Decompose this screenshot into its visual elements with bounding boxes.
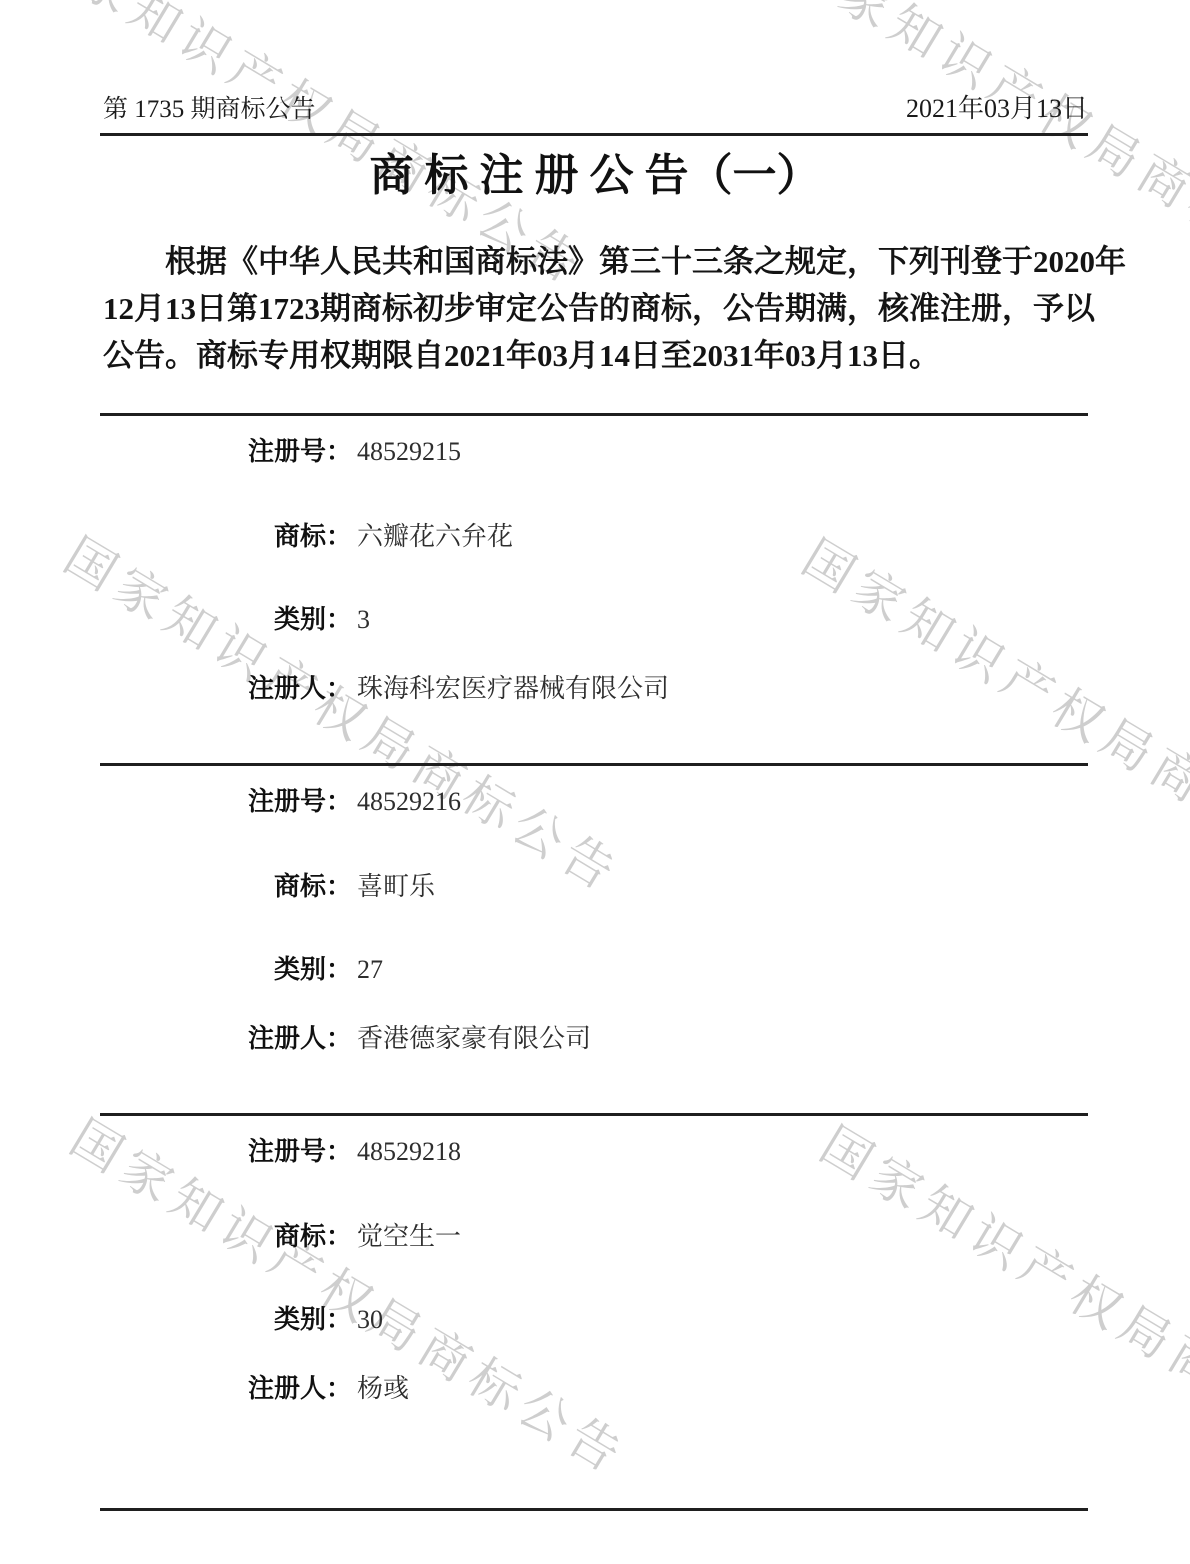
trademark-record: 注册号： 48529218 商标： 觉空生一 类别： 30 注册人： 杨彧 [0, 1113, 1190, 1423]
record-divider [100, 763, 1088, 766]
bottom-rule [100, 1508, 1088, 1511]
intro-line: 公告。商标专用权期限自2021年03月14日至2031年03月13日。 [103, 332, 1091, 379]
intro-line: 根据《中华人民共和国商标法》第三十三条之规定，下列刊登于2020年 [103, 238, 1091, 285]
trademark-label: 商标： [100, 870, 352, 904]
reg-no-label: 注册号： [100, 785, 352, 819]
trademark-label: 商标： [100, 1220, 352, 1254]
category-label: 类别： [100, 953, 352, 987]
category-label: 类别： [100, 603, 352, 637]
document-content: 第 1735 期商标公告 2021年03月13日 商 标 注 册 公 告（一） … [0, 0, 1190, 1564]
reg-no-value: 48529215 [357, 435, 461, 469]
header-rule [100, 133, 1088, 136]
trademark-record: 注册号： 48529216 商标： 喜町乐 类别： 27 注册人： 香港德家豪有… [0, 763, 1190, 1073]
trademark-record: 注册号： 48529215 商标： 六瓣花六弁花 类别： 3 注册人： 珠海科宏… [0, 413, 1190, 723]
registrant-value: 香港德家豪有限公司 [357, 1022, 591, 1056]
record-divider [100, 413, 1088, 416]
issue-date: 2021年03月13日 [906, 92, 1088, 126]
reg-no-value: 48529216 [357, 785, 461, 819]
reg-no-label: 注册号： [100, 435, 352, 469]
trademark-value: 觉空生一 [357, 1220, 461, 1254]
intro-paragraph: 根据《中华人民共和国商标法》第三十三条之规定，下列刊登于2020年 12月13日… [103, 238, 1091, 379]
reg-no-value: 48529218 [357, 1135, 461, 1169]
registrant-label: 注册人： [100, 1372, 352, 1406]
intro-line: 12月13日第1723期商标初步审定公告的商标，公告期满，核准注册，予以 [103, 285, 1091, 332]
category-value: 27 [357, 953, 383, 987]
registrant-value: 杨彧 [357, 1372, 409, 1406]
reg-no-label: 注册号： [100, 1135, 352, 1169]
category-value: 3 [357, 603, 370, 637]
issue-number: 第 1735 期商标公告 [103, 94, 316, 126]
page-title: 商 标 注 册 公 告（一） [0, 148, 1190, 204]
trademark-label: 商标： [100, 520, 352, 554]
registrant-label: 注册人： [100, 1022, 352, 1056]
gazette-page: 国家知识产权局商标公告 国家知识产权局商标公告 国家知识产权局商标公告 国家知识… [0, 0, 1190, 1564]
registrant-label: 注册人： [100, 672, 352, 706]
record-divider [100, 1113, 1088, 1116]
category-value: 30 [357, 1303, 383, 1337]
trademark-value: 喜町乐 [357, 870, 435, 904]
trademark-value: 六瓣花六弁花 [357, 520, 513, 554]
category-label: 类别： [100, 1303, 352, 1337]
registrant-value: 珠海科宏医疗器械有限公司 [357, 672, 669, 706]
